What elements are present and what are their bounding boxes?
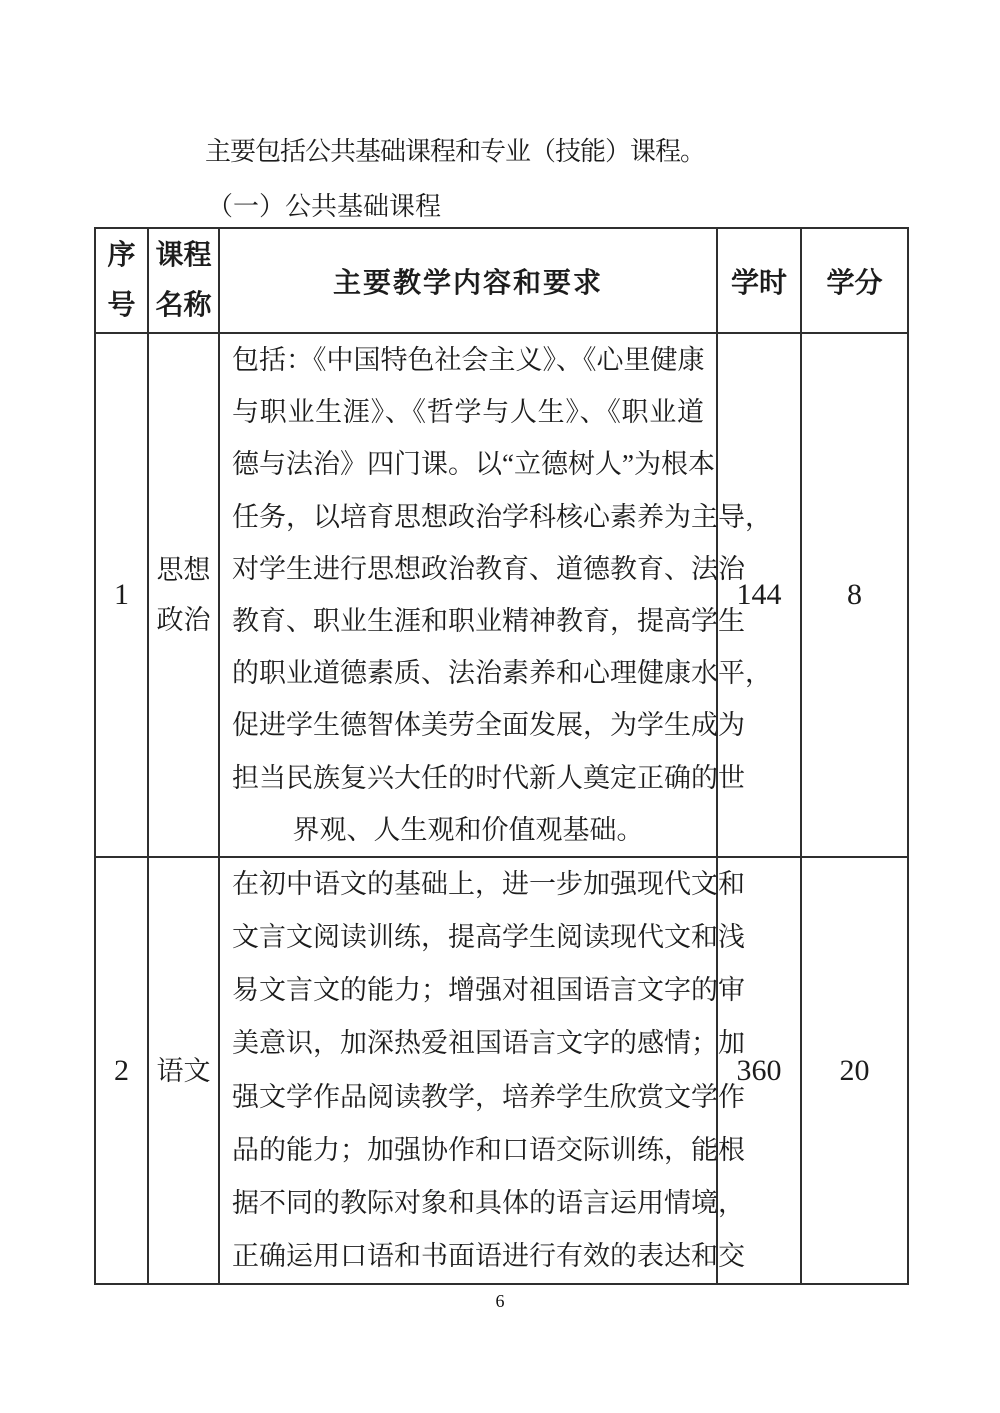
content-line: 的职业道德素质、法治素养和心理健康水平， xyxy=(232,647,704,699)
table-header-row: 序 号 课程 名称 主要教学内容和要求 学时 学分 xyxy=(95,228,908,333)
header-index-line2: 号 xyxy=(96,281,147,331)
content-line: 美意识，加深热爱祖国语言文字的感情；加 xyxy=(232,1017,704,1070)
header-credits: 学分 xyxy=(801,228,908,333)
row1-index: 1 xyxy=(95,333,148,857)
table-row-2: 2 语文 在初中语文的基础上，进一步加强现代文和 文言文阅读训练，提高学生阅读现… xyxy=(95,857,908,1285)
header-content: 主要教学内容和要求 xyxy=(219,228,717,333)
row2-credits: 20 xyxy=(801,857,908,1285)
row2-hours: 360 xyxy=(717,857,801,1285)
header-index: 序 号 xyxy=(95,228,148,333)
content-line: 文言文阅读训练，提高学生阅读现代文和浅 xyxy=(232,911,704,964)
row1-course-line2: 政治 xyxy=(149,595,218,645)
row1-course-line1: 思想 xyxy=(149,545,218,595)
header-hours: 学时 xyxy=(717,228,801,333)
header-course-name: 课程 名称 xyxy=(148,228,219,333)
row1-content: 包括：《中国特色社会主义》、《心里健康 与职业生涯》、《哲学与人生》、《职业道 … xyxy=(219,333,717,857)
row2-content: 在初中语文的基础上，进一步加强现代文和 文言文阅读训练，提高学生阅读现代文和浅 … xyxy=(219,857,717,1285)
content-line: 包括：《中国特色社会主义》、《心里健康 xyxy=(232,334,704,386)
content-line: 品的能力；加强协作和口语交际训练，能根 xyxy=(232,1124,704,1177)
content-line: 在初中语文的基础上，进一步加强现代文和 xyxy=(232,858,704,911)
row2-course-line1: 语文 xyxy=(149,1046,218,1096)
content-line: 促进学生德智体美劳全面发展，为学生成为 xyxy=(232,699,704,751)
content-line: 界观、人生观和价值观基础。 xyxy=(232,804,704,856)
course-table: 序 号 课程 名称 主要教学内容和要求 学时 学分 1 思想 政治 包括：《中国… xyxy=(94,227,909,1285)
content-line: 教育、职业生涯和职业精神教育，提高学生 xyxy=(232,595,704,647)
content-line: 对学生进行思想政治教育、道德教育、法治 xyxy=(232,543,704,595)
section-heading: （一）公共基础课程 xyxy=(207,186,441,223)
page-number: 6 xyxy=(0,1291,1000,1312)
content-line: 强文学作品阅读教学，培养学生欣赏文学作 xyxy=(232,1071,704,1124)
content-line: 担当民族复兴大任的时代新人奠定正确的世 xyxy=(232,752,704,804)
row1-course-name: 思想 政治 xyxy=(148,333,219,857)
header-content-label: 主要教学内容和要求 xyxy=(333,268,603,299)
row2-index: 2 xyxy=(95,857,148,1285)
content-line: 正确运用口语和书面语进行有效的表达和交 xyxy=(232,1230,704,1283)
intro-paragraph: 主要包括公共基础课程和专业（技能）课程。 xyxy=(205,131,705,168)
row2-course-name: 语文 xyxy=(148,857,219,1285)
header-course-line2: 名称 xyxy=(149,281,218,331)
content-line: 易文言文的能力；增强对祖国语言文字的审 xyxy=(232,964,704,1017)
content-line: 任务，以培育思想政治学科核心素养为主导， xyxy=(232,491,704,543)
table-row-1: 1 思想 政治 包括：《中国特色社会主义》、《心里健康 与职业生涯》、《哲学与人… xyxy=(95,333,908,857)
header-course-line1: 课程 xyxy=(149,231,218,281)
content-line: 德与法治》四门课。以“立德树人”为根本 xyxy=(232,438,704,490)
row1-credits: 8 xyxy=(801,333,908,857)
header-index-line1: 序 xyxy=(96,231,147,281)
content-line: 与职业生涯》、《哲学与人生》、《职业道 xyxy=(232,386,704,438)
content-line: 据不同的教际对象和具体的语言运用情境， xyxy=(232,1177,704,1230)
